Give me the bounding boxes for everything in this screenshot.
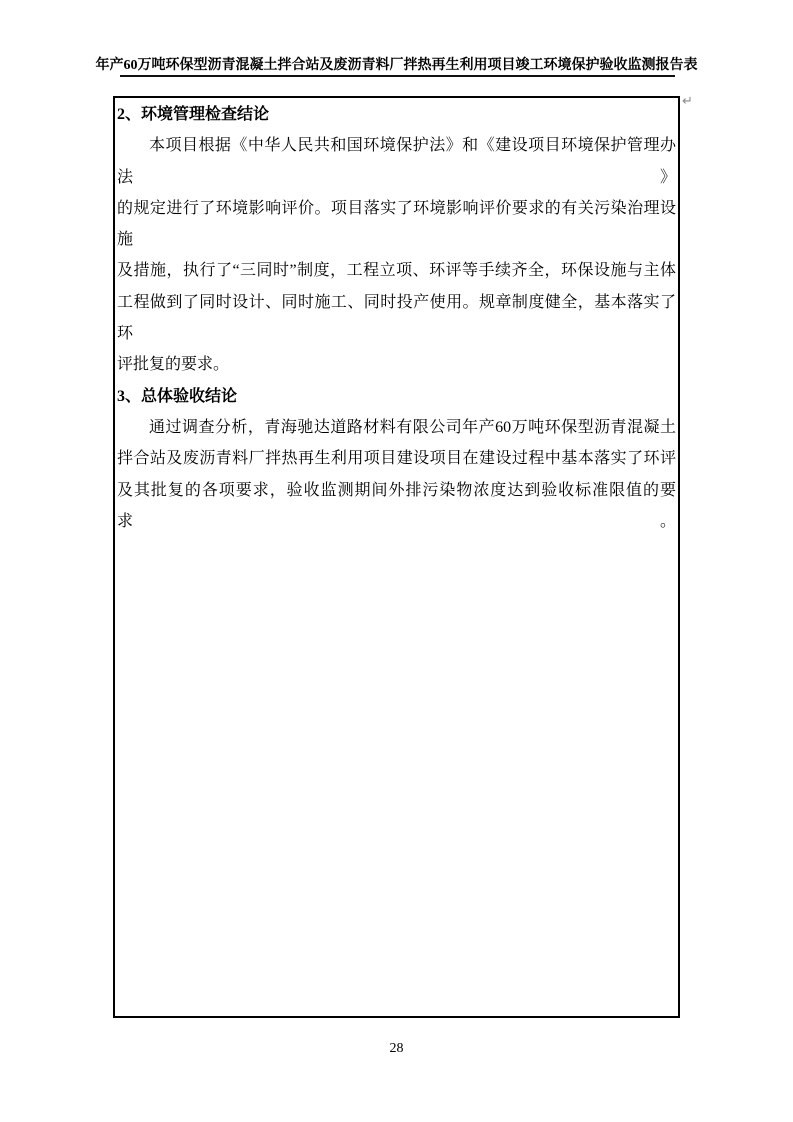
paragraph-line: 拌合站及废沥青料厂拌热再生利用项目建设项目在建设过程中基本落实了环评 xyxy=(117,443,676,474)
section-2-heading: 2、环境管理检查结论 xyxy=(117,99,676,130)
paragraph-line: 的规定进行了环境影响评价。项目落实了环境影响评价要求的有关污染治理设施 xyxy=(117,193,676,256)
page-number: 28 xyxy=(0,1040,793,1058)
paragraph-line: 本项目根据《中华人民共和国环境保护法》和《建设项目环境保护管理办法》 xyxy=(117,130,676,193)
paragraph-line: 及措施，执行了“三同时”制度，工程立项、环评等手续齐全，环保设施与主体 xyxy=(117,255,676,286)
paragraph-line: 工程做到了同时设计、同时施工、同时投产使用。规章制度健全，基本落实了环 xyxy=(117,287,676,350)
section-3-paragraph: 通过调查分析，青海驰达道路材料有限公司年产60万吨环保型沥青混凝土拌合站及废沥青… xyxy=(117,412,676,537)
paragraph-line: 通过调查分析，青海驰达道路材料有限公司年产60万吨环保型沥青混凝土 xyxy=(117,412,676,443)
header-underline xyxy=(120,75,675,77)
report-table-cell: 2、环境管理检查结论 本项目根据《中华人民共和国环境保护法》和《建设项目环境保护… xyxy=(113,96,680,1018)
page-header-title: 年产60万吨环保型沥青混凝土拌合站及废沥青料厂拌热再生利用项目竣工环境保护验收监… xyxy=(0,56,793,75)
paragraph-line: 评批复的要求。 xyxy=(117,349,676,380)
section-3-heading: 3、总体验收结论 xyxy=(117,381,676,412)
section-2-paragraph: 本项目根据《中华人民共和国环境保护法》和《建设项目环境保护管理办法》的规定进行了… xyxy=(117,130,676,380)
paragraph-line: 及其批复的各项要求，验收监测期间外排污染物浓度达到验收标准限值的要求。 xyxy=(117,475,676,538)
paragraph-return-mark-icon: ↵ xyxy=(682,95,693,108)
